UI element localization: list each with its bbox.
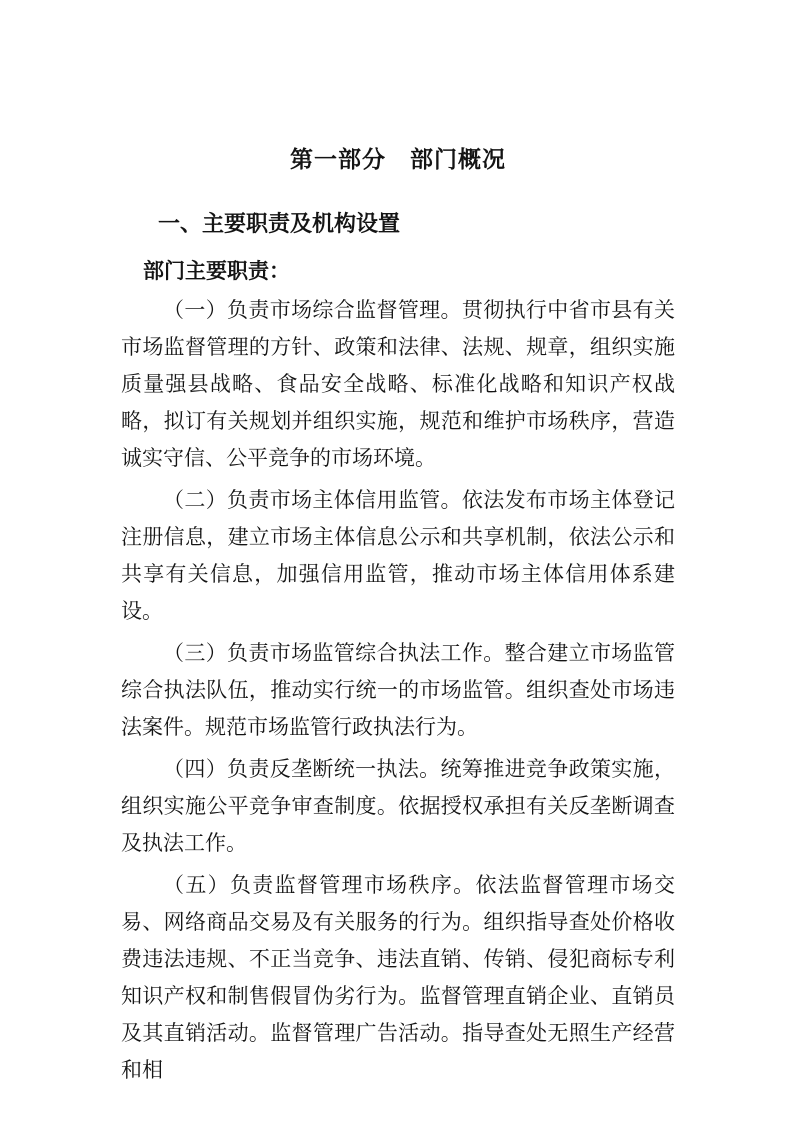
paragraph-duty-4: （四）负责反垄断统一执法。统筹推进竞争政策实施，组织实施公平竞争审查制度。依据授… xyxy=(121,751,675,862)
subsection-heading: 部门主要职责： xyxy=(121,258,675,286)
paragraph-duty-3: （三）负责市场监管综合执法工作。整合建立市场监管综合执法队伍，推动实行统一的市场… xyxy=(121,635,675,746)
paragraph-duty-2: （二）负责市场主体信用监管。依法发布市场主体登记注册信息，建立市场主体信息公示和… xyxy=(121,482,675,630)
paragraph-duty-1: （一）负责市场综合监督管理。贯彻执行中省市县有关市场监督管理的方针、政策和法律、… xyxy=(121,292,675,477)
section-heading: 一、主要职责及机构设置 xyxy=(121,210,675,238)
paragraph-duty-5: （五）负责监督管理市场秩序。依法监督管理市场交易、网络商品交易及有关服务的行为。… xyxy=(121,867,675,1089)
body-text: （一）负责市场综合监督管理。贯彻执行中省市县有关市场监督管理的方针、政策和法律、… xyxy=(121,292,675,1089)
document-title: 第一部分 部门概况 xyxy=(121,146,675,173)
document-page: 第一部分 部门概况 一、主要职责及机构设置 部门主要职责： （一）负责市场综合监… xyxy=(0,0,793,1122)
